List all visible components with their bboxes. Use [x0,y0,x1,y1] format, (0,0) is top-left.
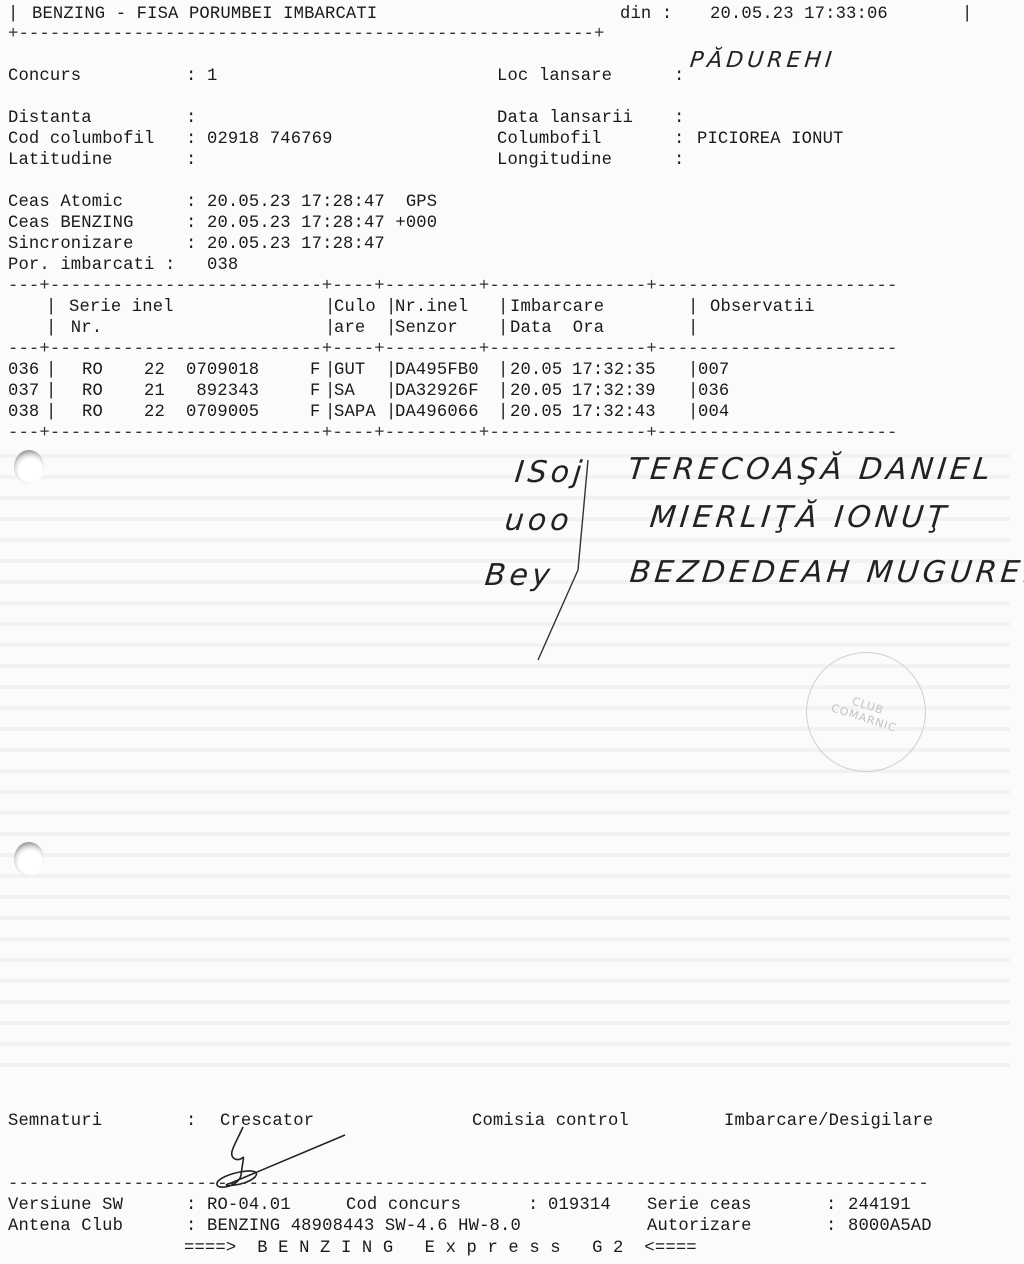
col-sep: | [46,381,56,402]
colon: : [826,1195,836,1216]
cell-inel: 892343 [196,381,259,402]
ceas-benzing-value: 20.05.23 17:28:47 +000 [207,213,437,234]
cell-nr: 038 [8,402,39,423]
col-sep: | [688,318,698,339]
ceas-atomic-value: 20.05.23 17:28:47 GPS [207,192,437,213]
cell-an: 21 [144,381,165,402]
col-sep: | [498,297,508,318]
colon: : [674,129,684,150]
distanta-label: Distanta [8,108,92,129]
cell-culoare: GUT [334,360,365,381]
col-sep: | [688,360,698,381]
cell-data: 20.05 [510,381,562,402]
colon: : [186,234,196,255]
colon: : [186,192,196,213]
cod-columbofil-label: Cod columbofil [8,129,155,150]
serie-ceas-label: Serie ceas [647,1195,752,1216]
sincronizare-label: Sincronizare [8,234,134,255]
col-sep: | [688,402,698,423]
cell-inel: 0709005 [186,402,259,423]
col-sep: | [498,360,508,381]
header-din-label: din : [620,4,672,25]
concurs-value: 1 [207,66,217,87]
cell-obs: 004 [698,402,729,423]
cell-inel: 0709018 [186,360,259,381]
benzing-banner: ====> B E N Z I N G E x p r e s s G 2 <=… [184,1238,697,1259]
colon: : [186,150,196,171]
colon: : [186,108,196,129]
commission-member-name: TERECOAŞĂ DANIEL [626,452,996,487]
th-nr: Nr. [71,319,102,338]
cell-nr: 037 [8,381,39,402]
cod-concurs-value: 019314 [548,1195,611,1216]
columbofil-value: PICIOREA IONUT [697,129,844,150]
colon: : [186,1111,196,1132]
punch-hole-bottom [14,842,44,876]
colon: : [165,255,175,276]
colon: : [674,66,684,87]
versiune-label: Versiune SW [8,1195,123,1216]
th-culoare-1: Culo [334,297,376,318]
footer-divider: ----------------------------------------… [8,1174,929,1195]
header-right-border: | [962,4,972,25]
latitudine-label: Latitudine [8,150,113,171]
por-imbarcati-value: 038 [207,255,238,276]
cod-concurs-label: Cod concurs [346,1195,461,1216]
th-observatii: Observatii [710,297,815,318]
header-line: | [8,4,18,25]
ceas-atomic-label: Ceas Atomic [8,192,123,213]
cell-ora: 17:32:43 [572,402,656,423]
col-sep: | [498,318,508,339]
cell-an: 22 [144,402,165,423]
ceas-benzing-label: Ceas BENZING [8,213,134,234]
cell-an: 22 [144,360,165,381]
loc-lansare-handwritten: PĂDUREHI [689,48,837,73]
colon: : [186,129,196,150]
sincronizare-value: 20.05.23 17:28:47 [207,234,385,255]
colon: : [186,66,196,87]
cell-tara: RO [82,381,103,402]
th-culoare-2: are [334,318,365,339]
col-sep: | [498,402,508,423]
col-sep: | [46,360,56,381]
cell-senzor: DA32926F [395,381,479,402]
versiune-value: RO-04.01 [207,1195,291,1216]
colon: : [186,213,196,234]
antena-value: BENZING 48908443 SW-4.6 HW-8.0 [207,1216,521,1237]
th-serie-inel: Serie inel [69,297,174,318]
cell-sex: F [310,402,320,423]
semnaturi-label: Semnaturi [8,1111,102,1132]
colon: : [674,150,684,171]
colon: : [826,1216,836,1237]
cell-senzor: DA495FB0 [395,360,479,381]
punch-hole-top [14,450,44,484]
colon: : [528,1195,538,1216]
cell-culoare: SA [334,381,355,402]
col-sep: | [46,297,56,318]
cell-nr: 036 [8,360,39,381]
imbarcare-desigilare-label: Imbarcare/Desigilare [724,1111,933,1132]
autorizare-label: Autorizare [647,1216,752,1237]
cell-ora: 17:32:35 [572,360,656,381]
cell-culoare: SAPA [334,402,376,423]
col-sep: | [688,297,698,318]
serie-ceas-value: 244191 [848,1195,911,1216]
cell-sex: F [310,360,320,381]
col-sep: | [46,318,56,339]
cell-obs: 007 [698,360,729,381]
columbofil-label: Columbofil [497,129,602,150]
header-divider: +---------------------------------------… [8,24,604,45]
th-nr-inel-1: Nr.inel [395,297,468,318]
cell-obs: 036 [698,381,729,402]
th-imbarcare-1: Imbarcare [510,297,604,318]
colon: : [186,1195,196,1216]
table-border-top: ---+--------------------------+----+----… [8,276,897,297]
cell-tara: RO [82,360,103,381]
autorizare-value: 8000A5AD [848,1216,932,1237]
colon: : [674,108,684,129]
th-imbarcare-2: Data Ora [510,318,604,339]
handwritten-stroke [500,450,620,670]
col-sep: | [688,381,698,402]
table-border-bottom: ---+--------------------------+----+----… [8,423,897,444]
comisia-label: Comisia control [472,1111,629,1132]
table-border-mid: ---+--------------------------+----+----… [8,339,897,360]
cell-data: 20.05 [510,402,562,423]
cod-columbofil-value: 02918 746769 [207,129,333,150]
cell-sex: F [310,381,320,402]
concurs-label: Concurs [8,66,81,87]
commission-member-name: MIERLIŢĂ IONUŢ [648,500,951,535]
data-lansarii-label: Data lansarii [497,108,633,129]
document-title: BENZING - FISA PORUMBEI IMBARCATI [32,4,377,25]
embarking-sheet: | BENZING - FISA PORUMBEI IMBARCATI din … [0,0,1024,1264]
col-sep: | [46,402,56,423]
cell-ora: 17:32:39 [572,381,656,402]
cell-tara: RO [82,402,103,423]
col-sep: | [498,381,508,402]
por-imbarcati-label: Por. imbarcati [8,255,155,276]
header-timestamp: 20.05.23 17:33:06 [710,4,888,25]
longitudine-label: Longitudine [497,150,612,171]
cell-senzor: DA496066 [395,402,479,423]
antena-label: Antena Club [8,1216,123,1237]
loc-lansare-label: Loc lansare [497,66,612,87]
th-nr-inel-2: Senzor [395,318,458,339]
colon: : [186,1216,196,1237]
commission-member-name: BEZDEDEAH MUGUREL [628,555,1024,590]
cell-data: 20.05 [510,360,562,381]
